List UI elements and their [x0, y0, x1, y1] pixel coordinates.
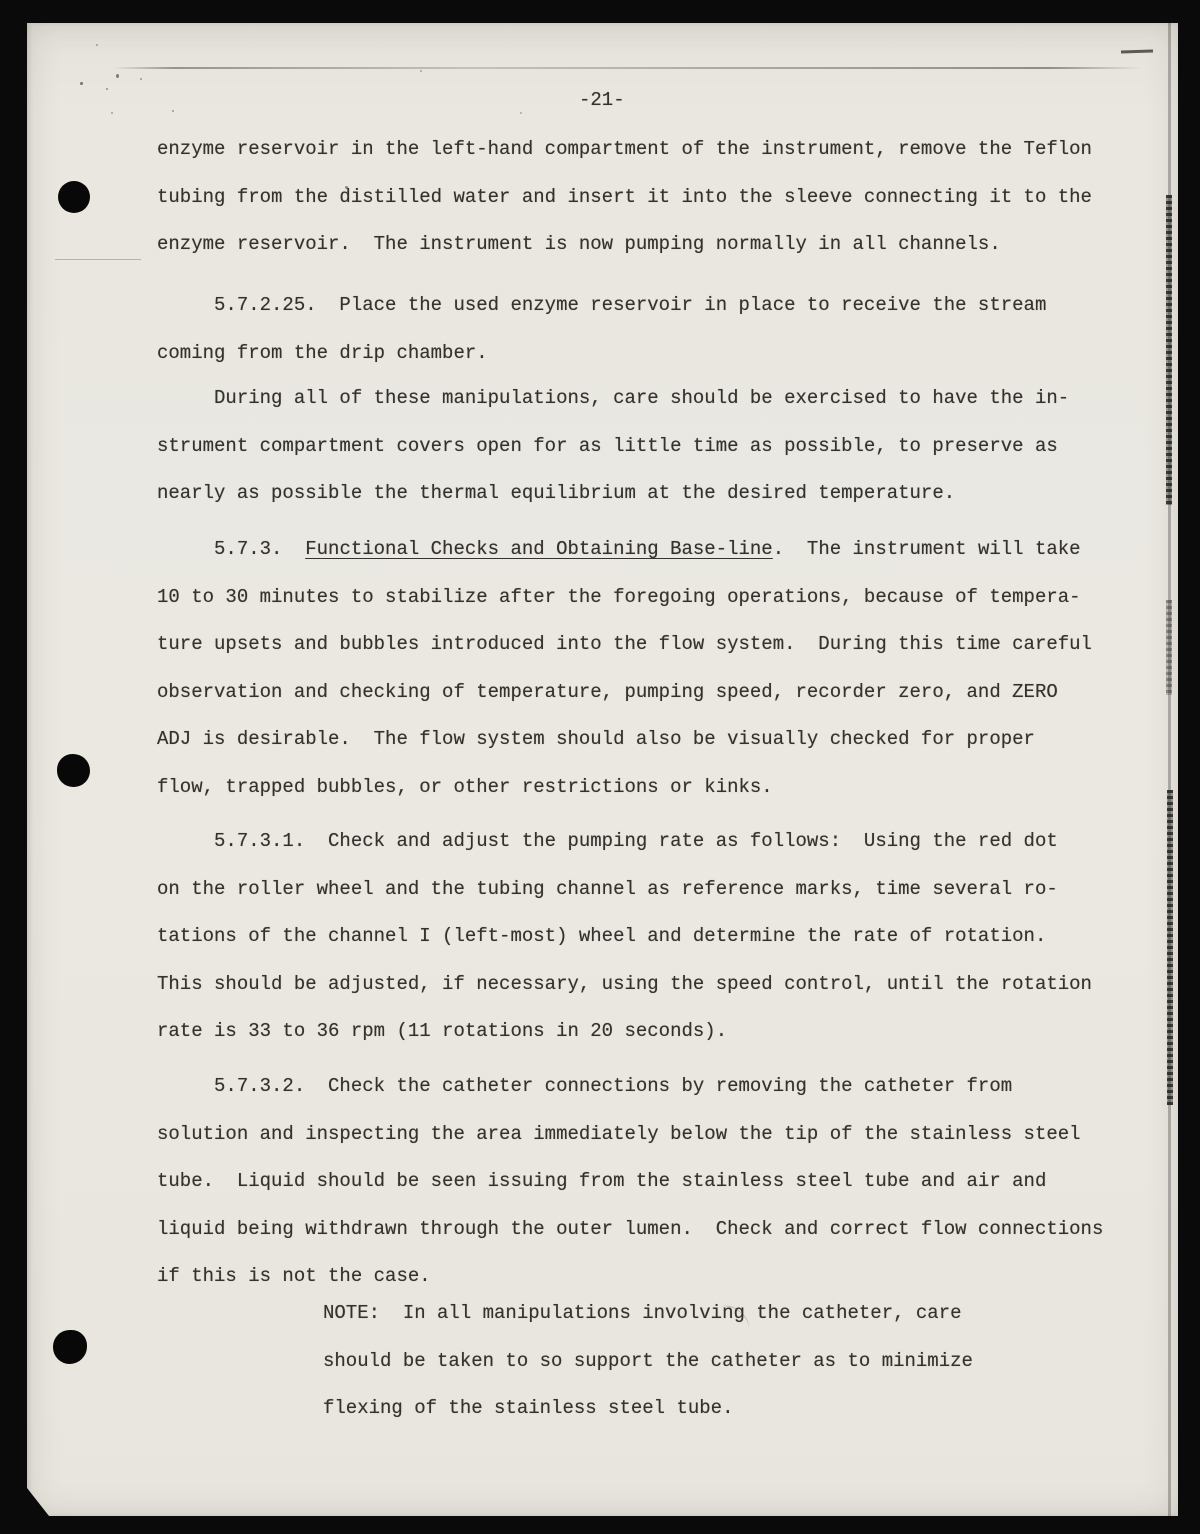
- text-line: observation and checking of temperature,…: [157, 669, 1092, 717]
- text-line: 5.7.3. Functional Checks and Obtaining B…: [157, 526, 1092, 574]
- text-line: tations of the channel I (left-most) whe…: [157, 913, 1092, 961]
- text-line: enzyme reservoir. The instrument is now …: [157, 221, 1092, 269]
- paper-edge-shadow: [1166, 600, 1172, 695]
- paragraph: enzyme reservoir in the left-hand compar…: [157, 126, 1092, 269]
- hole-punch: [58, 181, 90, 213]
- paper-corner-clip: [27, 1488, 49, 1516]
- note-block: NOTE: In all manipulations involving the…: [323, 1290, 973, 1433]
- paper-edge-highlight: [1174, 205, 1176, 500]
- text-segment: . The instrument will take: [773, 538, 1081, 560]
- text-line: This should be adjusted, if necessary, u…: [157, 961, 1092, 1009]
- scan-mark-artifact: [1121, 49, 1153, 53]
- paragraph: 5.7.3.2. Check the catheter connections …: [157, 1063, 1103, 1301]
- text-line: rate is 33 to 36 rpm (11 rotations in 20…: [157, 1008, 1092, 1056]
- scan-speck: [80, 82, 83, 85]
- scan-speck: [520, 112, 522, 114]
- scan-speck: [111, 112, 113, 114]
- text-line: nearly as possible the thermal equilibri…: [157, 470, 1069, 518]
- text-line: tubing from the distilled water and inse…: [157, 174, 1092, 222]
- text-line: ADJ is desirable. The flow system should…: [157, 716, 1092, 764]
- scan-line-artifact: [55, 259, 141, 260]
- paper-edge-highlight: [1174, 830, 1176, 1098]
- scan-speck: [172, 110, 174, 112]
- text-line: flexing of the stainless steel tube.: [323, 1385, 973, 1433]
- scan-line-artifact: [112, 67, 1142, 69]
- paragraph: During all of these manipulations, care …: [157, 375, 1069, 518]
- text-line: 5.7.3.2. Check the catheter connections …: [157, 1063, 1103, 1111]
- paragraph: 5.7.2.25. Place the used enzyme reservoi…: [157, 282, 1046, 377]
- text-line: NOTE: In all manipulations involving the…: [323, 1290, 973, 1338]
- paragraph: 5.7.3.1. Check and adjust the pumping ra…: [157, 818, 1092, 1056]
- scanner-background: -21- enzyme reservoir in the left-hand c…: [0, 0, 1200, 1534]
- hole-punch: [53, 1330, 87, 1364]
- paper-edge-shadow: [1167, 790, 1173, 1105]
- text-segment: 5.7.3.: [157, 538, 305, 560]
- document-page: -21- enzyme reservoir in the left-hand c…: [27, 23, 1178, 1516]
- text-line: strument compartment covers open for as …: [157, 423, 1069, 471]
- scan-speck: [420, 70, 422, 72]
- text-line: should be taken to so support the cathet…: [323, 1338, 973, 1386]
- text-line: solution and inspecting the area immedia…: [157, 1111, 1103, 1159]
- text-line: on the roller wheel and the tubing chann…: [157, 866, 1092, 914]
- text-line: 10 to 30 minutes to stabilize after the …: [157, 574, 1092, 622]
- paragraph: 5.7.3. Functional Checks and Obtaining B…: [157, 526, 1092, 812]
- scan-speck: [140, 78, 142, 80]
- text-line: enzyme reservoir in the left-hand compar…: [157, 126, 1092, 174]
- scan-speck: [96, 44, 98, 46]
- hole-punch: [57, 754, 90, 787]
- scan-speck: [116, 74, 119, 78]
- text-line: tube. Liquid should be seen issuing from…: [157, 1158, 1103, 1206]
- text-line: 5.7.2.25. Place the used enzyme reservoi…: [157, 282, 1046, 330]
- text-line: During all of these manipulations, care …: [157, 375, 1069, 423]
- text-line: 5.7.3.1. Check and adjust the pumping ra…: [157, 818, 1092, 866]
- underlined-section-heading: Functional Checks and Obtaining Base-lin…: [305, 538, 772, 560]
- text-line: liquid being withdrawn through the outer…: [157, 1206, 1103, 1254]
- scan-speck: [106, 88, 108, 90]
- text-line: ture upsets and bubbles introduced into …: [157, 621, 1092, 669]
- text-line: coming from the drip chamber.: [157, 330, 1046, 378]
- paper-edge-shadow: [1166, 195, 1172, 505]
- page-number: -21-: [579, 89, 625, 111]
- text-line: flow, trapped bubbles, or other restrict…: [157, 764, 1092, 812]
